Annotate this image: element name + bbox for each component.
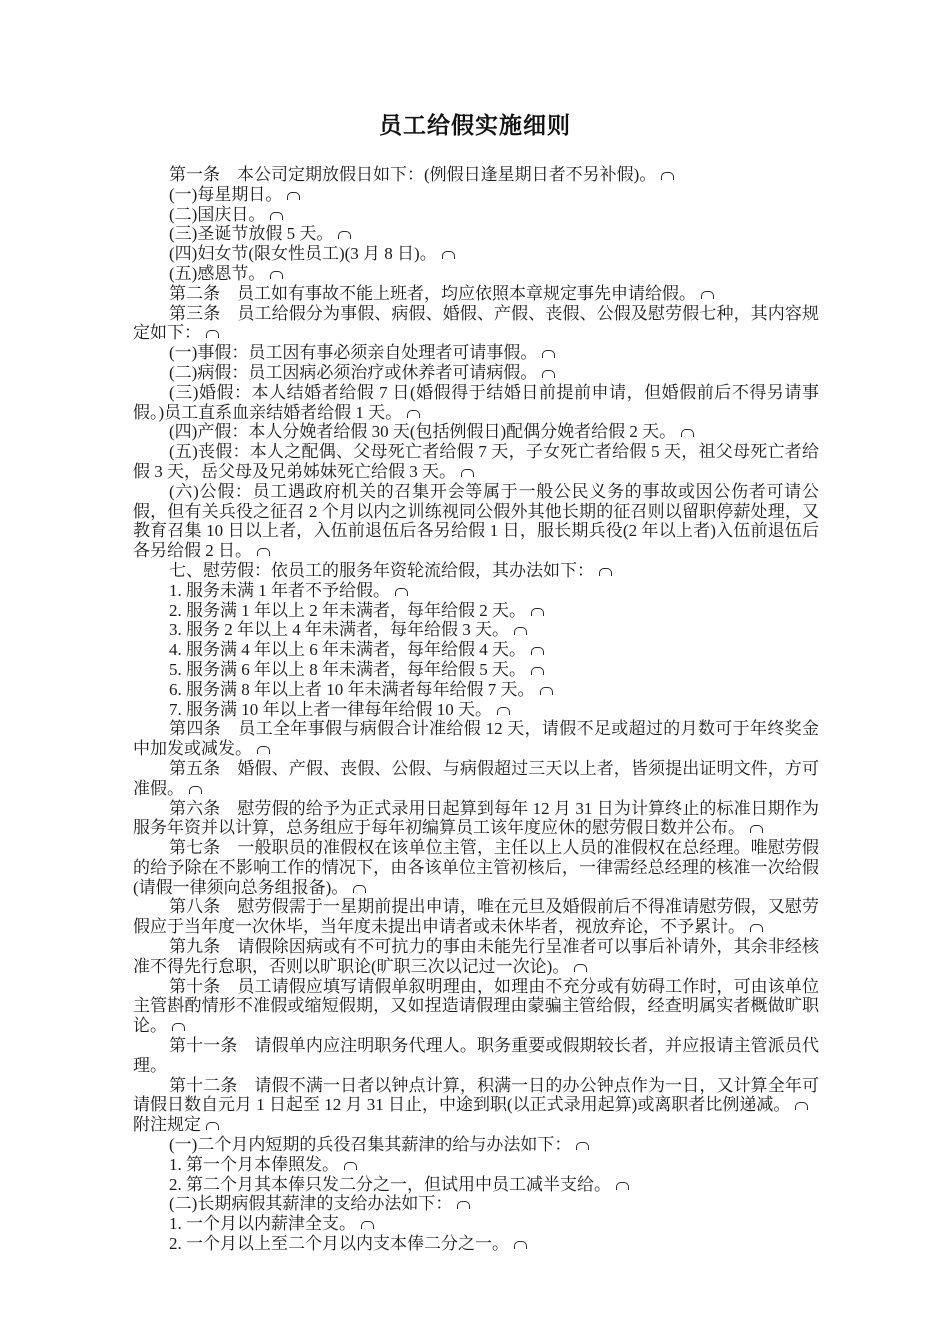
paragraph-end-mark-icon	[574, 964, 587, 972]
paragraph: 第九条 请假除因病或有不可抗力的事由未能先行呈准者可以事后补请外，其余非经核准不…	[133, 937, 819, 977]
paragraph-text: (二)病假：员工因病必须治疗或休养者可请病假。	[169, 363, 537, 382]
paragraph-text: 2. 一个月以上至二个月以内支本俸二分之一。	[169, 1234, 509, 1253]
paragraph-text: 3. 服务 2 年以上 4 年未满者，每年给假 3 天。	[169, 620, 509, 639]
paragraph-end-mark-icon	[338, 231, 351, 239]
paragraph: (三)婚假：本人结婚者给假 7 日(婚假得于结婚日前提前申请，但婚假前后不得另请…	[133, 383, 819, 423]
paragraph-text: 第二条 员工如有事故不能上班者，均应依照本章规定事先申请给假。	[169, 284, 696, 303]
paragraph: (四)产假：本人分娩者给假 30 天(包括例假日)配偶分娩者给假 2 天。	[133, 422, 819, 442]
paragraph-text: 七、慰劳假：依员工的服务年资轮流给假，其办法如下：	[169, 561, 594, 580]
paragraph-end-mark-icon	[189, 786, 202, 794]
paragraph-end-mark-icon	[361, 1221, 374, 1229]
paragraph-end-mark-icon	[514, 627, 527, 635]
paragraph-text: (一)每星期日。	[169, 185, 282, 204]
paragraph-text: 2. 服务满 1 年以上 2 年未满者，每年给假 2 天。	[169, 601, 526, 620]
paragraph-text: (四)妇女节(限女性员工)(3 月 8 日)。	[169, 244, 437, 263]
paragraph-end-mark-icon	[750, 924, 763, 932]
paragraph-text: 1. 第一个月本俸照发。	[169, 1155, 339, 1174]
paragraph-end-mark-icon	[540, 687, 553, 695]
document-body: 第一条 本公司定期放假日如下：(例假日逢星期日者不另补假)。(一)每星期日。(二…	[133, 165, 819, 1254]
paragraph-end-mark-icon	[795, 1102, 808, 1110]
paragraph: (二)病假：员工因病必须治疗或休养者可请病假。	[133, 363, 819, 383]
paragraph: 第三条 员工给假分为事假、病假、婚假、产假、丧假、公假及慰劳假七种，其内容规定如…	[133, 304, 819, 344]
paragraph-text: 第一条 本公司定期放假日如下：(例假日逢星期日者不另补假)。	[169, 165, 656, 184]
paragraph-end-mark-icon	[461, 469, 474, 477]
paragraph-end-mark-icon	[407, 410, 420, 418]
paragraph-end-mark-icon	[257, 548, 270, 556]
paragraph: 6. 服务满 8 年以上者 10 年未满者每年给假 7 天。	[133, 680, 819, 700]
paragraph-text: 第十条 员工请假应填写请假单叙明理由，如理由不充分或有妨碍工作时，可由该单位主管…	[133, 977, 819, 1036]
paragraph-text: (二)国庆日。	[169, 205, 265, 224]
paragraph: (三)圣诞节放假 5 天。	[133, 224, 819, 244]
paragraph-text: 1. 服务未满 1 年者不予给假。	[169, 581, 390, 600]
paragraph-text: 第八条 慰劳假需于一星期前提出申请，唯在元旦及婚假前后不得准请慰劳假，又慰劳假应…	[133, 897, 819, 936]
paragraph-end-mark-icon	[457, 1201, 470, 1209]
paragraph: 1. 第一个月本俸照发。	[133, 1155, 819, 1175]
paragraph-end-mark-icon	[257, 746, 270, 754]
paragraph: 第四条 员工全年事假与病假合计准给假 12 天，请假不足或超过的月数可于年终奖金…	[133, 719, 819, 759]
paragraph-end-mark-icon	[701, 291, 714, 299]
paragraph: 第十二条 请假不满一日者以钟点计算，积满一日的办公钟点作为一日，又计算全年可请假…	[133, 1076, 819, 1116]
paragraph-end-mark-icon	[287, 192, 300, 200]
paragraph-text: 第十二条 请假不满一日者以钟点计算，积满一日的办公钟点作为一日，又计算全年可请假…	[133, 1076, 819, 1115]
paragraph-end-mark-icon	[270, 212, 283, 220]
paragraph-end-mark-icon	[344, 1162, 357, 1170]
paragraph: 2. 第二个月其本俸只发二分之一，但试用中员工减半支给。	[133, 1175, 819, 1195]
document-page: 员工给假实施细则 第一条 本公司定期放假日如下：(例假日逢星期日者不另补假)。(…	[0, 0, 950, 1344]
paragraph: 2. 一个月以上至二个月以内支本俸二分之一。	[133, 1234, 819, 1254]
document-title: 员工给假实施细则	[0, 0, 950, 138]
paragraph: 第七条 一般职员的准假权在该单位主管，主任以上人员的准假权在总经理。唯慰劳假的给…	[133, 838, 819, 897]
paragraph-end-mark-icon	[576, 1142, 589, 1150]
paragraph-text: 7. 服务满 10 年以上者一律每年给假 10 天。	[169, 700, 492, 719]
paragraph: 4. 服务满 4 年以上 6 年未满者，每年给假 4 天。	[133, 640, 819, 660]
paragraph: (二)国庆日。	[133, 205, 819, 225]
paragraph: 第十条 员工请假应填写请假单叙明理由，如理由不充分或有妨碍工作时，可由该单位主管…	[133, 977, 819, 1036]
paragraph-end-mark-icon	[750, 825, 763, 833]
paragraph: 3. 服务 2 年以上 4 年未满者，每年给假 3 天。	[133, 620, 819, 640]
paragraph: (四)妇女节(限女性员工)(3 月 8 日)。	[133, 244, 819, 264]
paragraph-text: 第六条 慰劳假的给予为正式录用日起算到每年 12 月 31 日为计算终止的标准日…	[133, 799, 819, 838]
paragraph-text: (六)公假：员工遇政府机关的召集开会等属于一般公民义务的事故或因公伤者可请公假，…	[133, 482, 819, 560]
paragraph-text: (四)产假：本人分娩者给假 30 天(包括例假日)配偶分娩者给假 2 天。	[169, 422, 676, 441]
paragraph: (五)丧假：本人之配偶、父母死亡者给假 7 天，子女死亡者给假 5 天，祖父母死…	[133, 442, 819, 482]
paragraph-text: (三)婚假：本人结婚者给假 7 日(婚假得于结婚日前提前申请，但婚假前后不得另请…	[133, 383, 819, 422]
paragraph-end-mark-icon	[497, 707, 510, 715]
paragraph-text: 5. 服务满 6 年以上 8 年未满者，每年给假 5 天。	[169, 660, 526, 679]
paragraph-text: (五)感恩节。	[169, 264, 265, 283]
paragraph: 第八条 慰劳假需于一星期前提出申请，唯在元旦及婚假前后不得准请慰劳假，又慰劳假应…	[133, 897, 819, 937]
paragraph: 第一条 本公司定期放假日如下：(例假日逢星期日者不另补假)。	[133, 165, 819, 185]
paragraph: (一)每星期日。	[133, 185, 819, 205]
paragraph-end-mark-icon	[270, 271, 283, 279]
paragraph-end-mark-icon	[531, 608, 544, 616]
paragraph-text: 第四条 员工全年事假与病假合计准给假 12 天，请假不足或超过的月数可于年终奖金…	[133, 719, 819, 758]
paragraph-end-mark-icon	[616, 1182, 629, 1190]
paragraph-end-mark-icon	[442, 251, 455, 259]
paragraph-end-mark-icon	[353, 885, 366, 893]
paragraph-text: 第五条 婚假、产假、丧假、公假、与病假超过三天以上者，皆须提出证明文件，方可准假…	[133, 759, 819, 798]
paragraph-end-mark-icon	[681, 429, 694, 437]
paragraph-text: (一)事假：员工因有事必须亲自处理者可请事假。	[169, 343, 537, 362]
paragraph-end-mark-icon	[542, 350, 555, 358]
paragraph: 第六条 慰劳假的给予为正式录用日起算到每年 12 月 31 日为计算终止的标准日…	[133, 799, 819, 839]
paragraph-text: 1. 一个月以内薪津全支。	[169, 1214, 356, 1233]
paragraph-end-mark-icon	[206, 1122, 219, 1130]
paragraph-text: 第九条 请假除因病或有不可抗力的事由未能先行呈准者可以事后补请外，其余非经核准不…	[133, 937, 819, 976]
paragraph-text: 4. 服务满 4 年以上 6 年未满者，每年给假 4 天。	[169, 640, 526, 659]
paragraph-end-mark-icon	[206, 330, 219, 338]
paragraph: 5. 服务满 6 年以上 8 年未满者，每年给假 5 天。	[133, 660, 819, 680]
paragraph-end-mark-icon	[542, 370, 555, 378]
paragraph-end-mark-icon	[661, 172, 674, 180]
paragraph: 第五条 婚假、产假、丧假、公假、与病假超过三天以上者，皆须提出证明文件，方可准假…	[133, 759, 819, 799]
paragraph-text: (五)丧假：本人之配偶、父母死亡者给假 7 天，子女死亡者给假 5 天，祖父母死…	[133, 442, 819, 481]
paragraph: 第二条 员工如有事故不能上班者，均应依照本章规定事先申请给假。	[133, 284, 819, 304]
paragraph-text: (三)圣诞节放假 5 天。	[169, 224, 333, 243]
paragraph: 附注规定	[133, 1115, 819, 1135]
paragraph-text: 第七条 一般职员的准假权在该单位主管，主任以上人员的准假权在总经理。唯慰劳假的给…	[133, 838, 819, 897]
paragraph: (一)事假：员工因有事必须亲自处理者可请事假。	[133, 343, 819, 363]
paragraph-text: 第十一条 请假单内应注明职务代理人。职务重要或假期较长者，并应报请主管派员代理。	[133, 1036, 819, 1075]
paragraph-text: 第三条 员工给假分为事假、病假、婚假、产假、丧假、公假及慰劳假七种，其内容规定如…	[133, 304, 819, 343]
paragraph: 第十一条 请假单内应注明职务代理人。职务重要或假期较长者，并应报请主管派员代理。	[133, 1036, 819, 1076]
paragraph: (五)感恩节。	[133, 264, 819, 284]
paragraph-end-mark-icon	[531, 647, 544, 655]
paragraph-end-mark-icon	[514, 1241, 527, 1249]
paragraph: 2. 服务满 1 年以上 2 年未满者，每年给假 2 天。	[133, 601, 819, 621]
paragraph: (六)公假：员工遇政府机关的召集开会等属于一般公民义务的事故或因公伤者可请公假，…	[133, 482, 819, 561]
paragraph: 1. 一个月以内薪津全支。	[133, 1214, 819, 1234]
paragraph-end-mark-icon	[531, 667, 544, 675]
paragraph-end-mark-icon	[599, 568, 612, 576]
paragraph-end-mark-icon	[395, 588, 408, 596]
paragraph-text: 6. 服务满 8 年以上者 10 年未满者每年给假 7 天。	[169, 680, 535, 699]
paragraph: 1. 服务未满 1 年者不予给假。	[133, 581, 819, 601]
paragraph-text: 2. 第二个月其本俸只发二分之一，但试用中员工减半支给。	[169, 1175, 611, 1194]
paragraph-text: 附注规定	[133, 1115, 201, 1134]
paragraph: (一)二个月内短期的兵役召集其薪津的给与办法如下：	[133, 1135, 819, 1155]
paragraph: 七、慰劳假：依员工的服务年资轮流给假，其办法如下：	[133, 561, 819, 581]
paragraph-text: (二)长期病假其薪津的支给办法如下：	[169, 1194, 452, 1213]
paragraph: 7. 服务满 10 年以上者一律每年给假 10 天。	[133, 700, 819, 720]
paragraph-text: (一)二个月内短期的兵役召集其薪津的给与办法如下：	[169, 1135, 571, 1154]
paragraph: (二)长期病假其薪津的支给办法如下：	[133, 1194, 819, 1214]
paragraph-end-mark-icon	[172, 1023, 185, 1031]
